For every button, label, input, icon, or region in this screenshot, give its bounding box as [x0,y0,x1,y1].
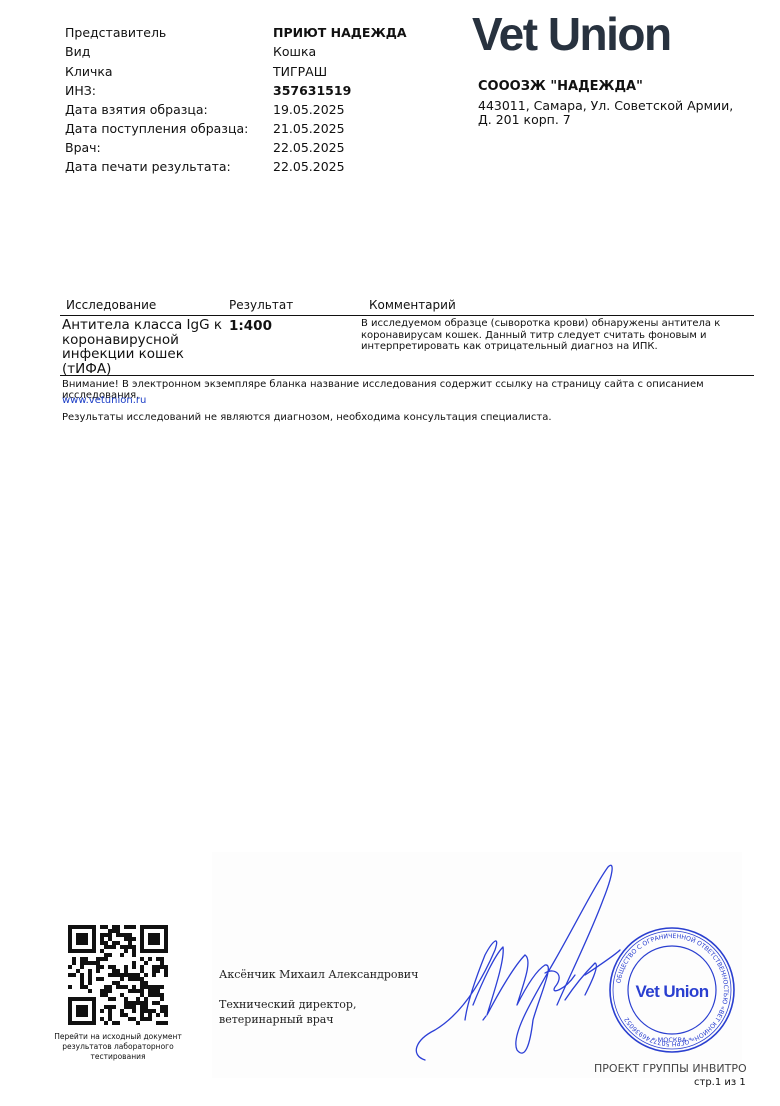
organization-address: 443011, Самара, Ул. Советской Армии, Д. … [478,99,748,127]
label-species: Вид [65,42,90,61]
column-header-comment: Комментарий [369,298,456,312]
page-number: стр.1 из 1 [694,1077,746,1088]
signer-title-line1: Технический директор, [219,997,356,1012]
organization-name: СОООЗЖ "НАДЕЖДА" [478,79,643,94]
attention-note: Внимание! В электронном экземпляре бланк… [62,379,780,401]
column-header-result: Результат [229,298,293,312]
value-print-date: 22.05.2025 [273,157,345,176]
value-inz: 357631519 [273,81,351,100]
company-stamp: ОБЩЕСТВО С ОГРАНИЧЕННОЙ ОТВЕТСТВЕННОСТЬЮ… [608,926,736,1054]
table-bottom-divider [60,375,754,376]
label-sample-date: Дата взятия образца: [65,100,208,119]
svg-text:* МОСКВА *: * МОСКВА * [652,1036,692,1044]
test-name-link[interactable]: Антитела класса IgG к коронавирусной инф… [62,318,227,376]
value-doctor: 22.05.2025 [273,138,345,157]
label-representative: Представитель [65,23,166,42]
project-label: ПРОЕКТ ГРУППЫ ИНВИТРО [594,1062,747,1075]
handwritten-signature [405,855,625,1080]
test-result: 1:400 [229,318,272,334]
label-received-date: Дата поступления образца: [65,119,248,138]
signer-name: Аксёнчик Михаил Александрович [219,968,418,981]
website-link[interactable]: www.vetunion.ru [62,395,146,406]
value-sample-date: 19.05.2025 [273,100,345,119]
disclaimer-note: Результаты исследований не являются диаг… [62,412,552,423]
qr-caption: Перейти на исходный документ результатов… [54,1032,182,1062]
value-species: Кошка [273,42,316,61]
label-doctor: Врач: [65,138,101,157]
vet-union-logo: Vet Union [472,6,671,62]
table-header-divider [60,315,754,316]
value-pet-name: ТИГРАШ [273,62,327,81]
signer-title-line2: ветеринарный врач [219,1012,356,1027]
label-print-date: Дата печати результата: [65,157,231,176]
signer-title: Технический директор, ветеринарный врач [219,997,356,1027]
value-representative: ПРИЮТ НАДЕЖДА [273,23,407,42]
test-comment: В исследуемом образце (сыворотка крови) … [361,318,741,353]
column-header-test: Исследование [66,298,156,312]
svg-text:Vet Union: Vet Union [636,982,709,1001]
label-inz: ИНЗ: [65,81,96,100]
value-received-date: 21.05.2025 [273,119,345,138]
label-pet-name: Кличка [65,62,113,81]
qr-code[interactable] [68,925,168,1025]
